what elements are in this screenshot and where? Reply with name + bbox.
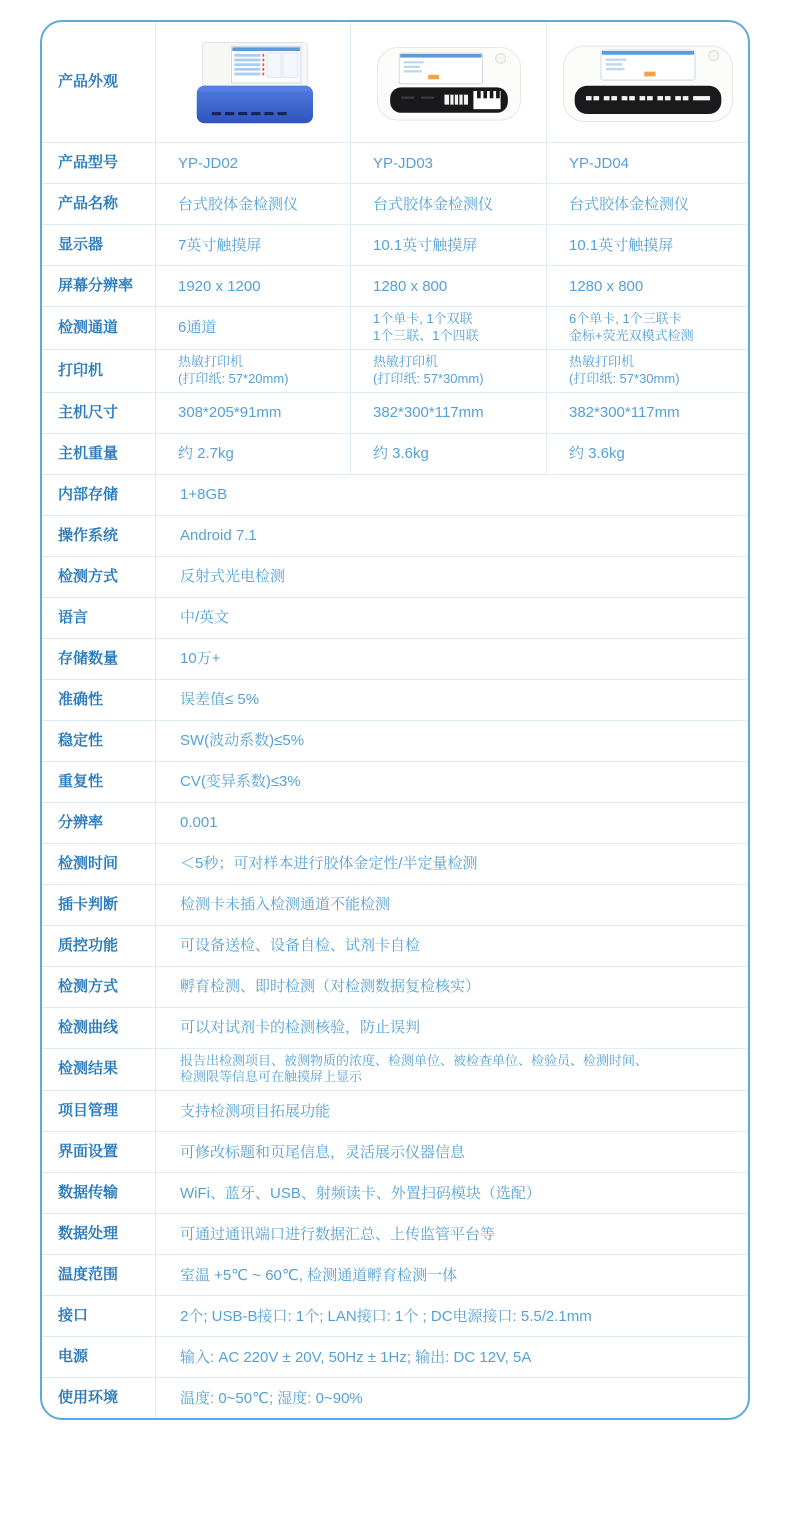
spec-label: 质控功能 [42, 926, 155, 966]
spec-value: 可通过通讯端口进行数据汇总、上传监管平台等 [155, 1214, 748, 1254]
spec-label: 检测方式 [42, 967, 155, 1007]
spec-row: 屏幕分辨率1920 x 12001280 x 8001280 x 800 [42, 265, 748, 306]
spec-label: 操作系统 [42, 516, 155, 556]
spec-row: 稳定性SW(波动系数)≤5% [42, 720, 748, 761]
spec-label: 分辨率 [42, 803, 155, 843]
spec-row: 准确性误差值≤ 5% [42, 679, 748, 720]
spec-label: 主机重量 [42, 434, 155, 474]
spec-value: 报告出检测项目、被测物质的浓度、检测单位、被检查单位、检验员、检测时间、 检测限… [155, 1049, 748, 1091]
spec-value: 可以对试剂卡的检测核验，防止误判 [155, 1008, 748, 1048]
spec-value: 输入: AC 220V ± 20V, 50Hz ± 1Hz; 输出: DC 12… [155, 1337, 748, 1377]
spec-label: 数据传输 [42, 1173, 155, 1213]
spec-row: 打印机热敏打印机 (打印纸: 57*20mm)热敏打印机 (打印纸: 57*30… [42, 349, 748, 392]
spec-value: 台式胶体金检测仪 [350, 184, 546, 224]
product-image-cell-yp-jd04 [546, 22, 748, 142]
spec-label: 显示器 [42, 225, 155, 265]
spec-label: 打印机 [42, 350, 155, 392]
spec-value: 1+8GB [155, 475, 748, 515]
spec-row: 主机重量约 2.7kg约 3.6kg约 3.6kg [42, 433, 748, 474]
spec-label: 产品型号 [42, 143, 155, 183]
spec-label: 检测方式 [42, 557, 155, 597]
spec-row: 插卡判断检测卡未插入检测通道不能检测 [42, 884, 748, 925]
spec-row: 操作系统Android 7.1 [42, 515, 748, 556]
spec-value: 台式胶体金检测仪 [155, 184, 350, 224]
spec-row: 电源输入: AC 220V ± 20V, 50Hz ± 1Hz; 输出: DC … [42, 1336, 748, 1377]
spec-label: 温度范围 [42, 1255, 155, 1295]
spec-value: 热敏打印机 (打印纸: 57*20mm) [155, 350, 350, 392]
spec-row: 存储数量10万+ [42, 638, 748, 679]
spec-row: 分辨率0.001 [42, 802, 748, 843]
spec-value: 308*205*91mm [155, 393, 350, 433]
spec-row: 语言中/英文 [42, 597, 748, 638]
spec-row: 接口2个; USB-B接口: 1个; LAN接口: 1个 ; DC电源接口: 5… [42, 1295, 748, 1336]
spec-row: 温度范围室温 +5℃ ~ 60℃, 检测通道孵育检测一体 [42, 1254, 748, 1295]
spec-row: 检测方式反射式光电检测 [42, 556, 748, 597]
spec-label: 使用环境 [42, 1378, 155, 1418]
spec-value: 6个单卡, 1个三联卡 金标+荧光双模式检测 [546, 307, 748, 349]
spec-value: 台式胶体金检测仪 [546, 184, 748, 224]
spec-label: 语言 [42, 598, 155, 638]
spec-row: 使用环境温度: 0~50℃; 湿度: 0~90% [42, 1377, 748, 1418]
spec-row: 检测结果报告出检测项目、被测物质的浓度、检测单位、被检查单位、检验员、检测时间、… [42, 1048, 748, 1091]
spec-value: 支持检测项目拓展功能 [155, 1091, 748, 1131]
spec-label: 屏幕分辨率 [42, 266, 155, 306]
spec-value: 约 3.6kg [546, 434, 748, 474]
spec-label: 数据处理 [42, 1214, 155, 1254]
spec-label: 电源 [42, 1337, 155, 1377]
spec-row: 检测通道6通道1个单卡, 1个双联 1个三联、1个四联6个单卡, 1个三联卡 金… [42, 306, 748, 349]
spec-value: 1280 x 800 [350, 266, 546, 306]
spec-row: 项目管理支持检测项目拓展功能 [42, 1090, 748, 1131]
spec-row: 数据处理可通过通讯端口进行数据汇总、上传监管平台等 [42, 1213, 748, 1254]
product-image-yp-jd02 [178, 30, 328, 134]
spec-label: 检测曲线 [42, 1008, 155, 1048]
spec-row: 产品名称台式胶体金检测仪台式胶体金检测仪台式胶体金检测仪 [42, 183, 748, 224]
spec-value: YP-JD02 [155, 143, 350, 183]
spec-value: 1920 x 1200 [155, 266, 350, 306]
spec-value: 室温 +5℃ ~ 60℃, 检测通道孵育检测一体 [155, 1255, 748, 1295]
spec-row: 内部存储1+8GB [42, 474, 748, 515]
spec-label: 重复性 [42, 762, 155, 802]
spec-value: 约 3.6kg [350, 434, 546, 474]
spec-row: 数据传输WiFi、蓝牙、USB、射频读卡、外置扫码模块（选配） [42, 1172, 748, 1213]
spec-label: 内部存储 [42, 475, 155, 515]
spec-label: 检测结果 [42, 1049, 155, 1091]
spec-value: 382*300*117mm [546, 393, 748, 433]
spec-value: YP-JD04 [546, 143, 748, 183]
spec-value: ＜5秒；可对样本进行胶体金定性/半定量检测 [155, 844, 748, 884]
spec-label: 检测时间 [42, 844, 155, 884]
product-image-cell-yp-jd03 [350, 22, 546, 142]
spec-row: 显示器7英寸触摸屏10.1英寸触摸屏10.1英寸触摸屏 [42, 224, 748, 265]
spec-row: 界面设置可修改标题和页尾信息，灵活展示仪器信息 [42, 1131, 748, 1172]
spec-table: 产品外观 [40, 20, 750, 1420]
spec-value: 可设备送检、设备自检、试剂卡自检 [155, 926, 748, 966]
spec-value: 382*300*117mm [350, 393, 546, 433]
spec-label: 项目管理 [42, 1091, 155, 1131]
comparison-rows: 产品型号YP-JD02YP-JD03YP-JD04产品名称台式胶体金检测仪台式胶… [42, 142, 748, 474]
spec-value: 6通道 [155, 307, 350, 349]
spec-row: 检测时间＜5秒；可对样本进行胶体金定性/半定量检测 [42, 843, 748, 884]
spec-value: 10万+ [155, 639, 748, 679]
spec-value: 检测卡未插入检测通道不能检测 [155, 885, 748, 925]
spec-rows: 内部存储1+8GB操作系统Android 7.1检测方式反射式光电检测语言中/英… [42, 474, 748, 1419]
product-spec-page: 产品外观 [0, 0, 790, 1515]
spec-label: 产品名称 [42, 184, 155, 224]
spec-row: 重复性CV(变异系数)≤3% [42, 761, 748, 802]
spec-value: 反射式光电检测 [155, 557, 748, 597]
spec-label: 接口 [42, 1296, 155, 1336]
spec-value: 0.001 [155, 803, 748, 843]
spec-value: 约 2.7kg [155, 434, 350, 474]
spec-row: 检测曲线可以对试剂卡的检测核验，防止误判 [42, 1007, 748, 1048]
spec-value: 1280 x 800 [546, 266, 748, 306]
spec-value: 热敏打印机 (打印纸: 57*30mm) [350, 350, 546, 392]
spec-label: 产品外观 [42, 22, 155, 142]
spec-value: 热敏打印机 (打印纸: 57*30mm) [546, 350, 748, 392]
spec-value: Android 7.1 [155, 516, 748, 556]
spec-row: 主机尺寸308*205*91mm382*300*117mm382*300*117… [42, 392, 748, 433]
spec-value: 中/英文 [155, 598, 748, 638]
spec-label: 插卡判断 [42, 885, 155, 925]
product-image-cell-yp-jd02 [155, 22, 350, 142]
product-image-yp-jd04 [554, 30, 742, 134]
spec-value: WiFi、蓝牙、USB、射频读卡、外置扫码模块（选配） [155, 1173, 748, 1213]
product-appearance-row: 产品外观 [42, 22, 748, 142]
spec-value: 误差值≤ 5% [155, 680, 748, 720]
product-image-yp-jd03 [363, 30, 535, 134]
spec-value: 温度: 0~50℃; 湿度: 0~90% [155, 1378, 748, 1418]
spec-value: YP-JD03 [350, 143, 546, 183]
spec-value: 7英寸触摸屏 [155, 225, 350, 265]
spec-value: 孵育检测、即时检测（对检测数据复检核实） [155, 967, 748, 1007]
spec-label: 界面设置 [42, 1132, 155, 1172]
spec-value: CV(变异系数)≤3% [155, 762, 748, 802]
spec-row: 质控功能可设备送检、设备自检、试剂卡自检 [42, 925, 748, 966]
spec-value: 1个单卡, 1个双联 1个三联、1个四联 [350, 307, 546, 349]
spec-label: 检测通道 [42, 307, 155, 349]
spec-label: 准确性 [42, 680, 155, 720]
spec-value: 可修改标题和页尾信息，灵活展示仪器信息 [155, 1132, 748, 1172]
spec-row: 检测方式孵育检测、即时检测（对检测数据复检核实） [42, 966, 748, 1007]
spec-label: 稳定性 [42, 721, 155, 761]
spec-value: SW(波动系数)≤5% [155, 721, 748, 761]
spec-value: 2个; USB-B接口: 1个; LAN接口: 1个 ; DC电源接口: 5.5… [155, 1296, 748, 1336]
spec-label: 存储数量 [42, 639, 155, 679]
spec-value: 10.1英寸触摸屏 [546, 225, 748, 265]
spec-value: 10.1英寸触摸屏 [350, 225, 546, 265]
spec-label: 主机尺寸 [42, 393, 155, 433]
spec-row: 产品型号YP-JD02YP-JD03YP-JD04 [42, 142, 748, 183]
